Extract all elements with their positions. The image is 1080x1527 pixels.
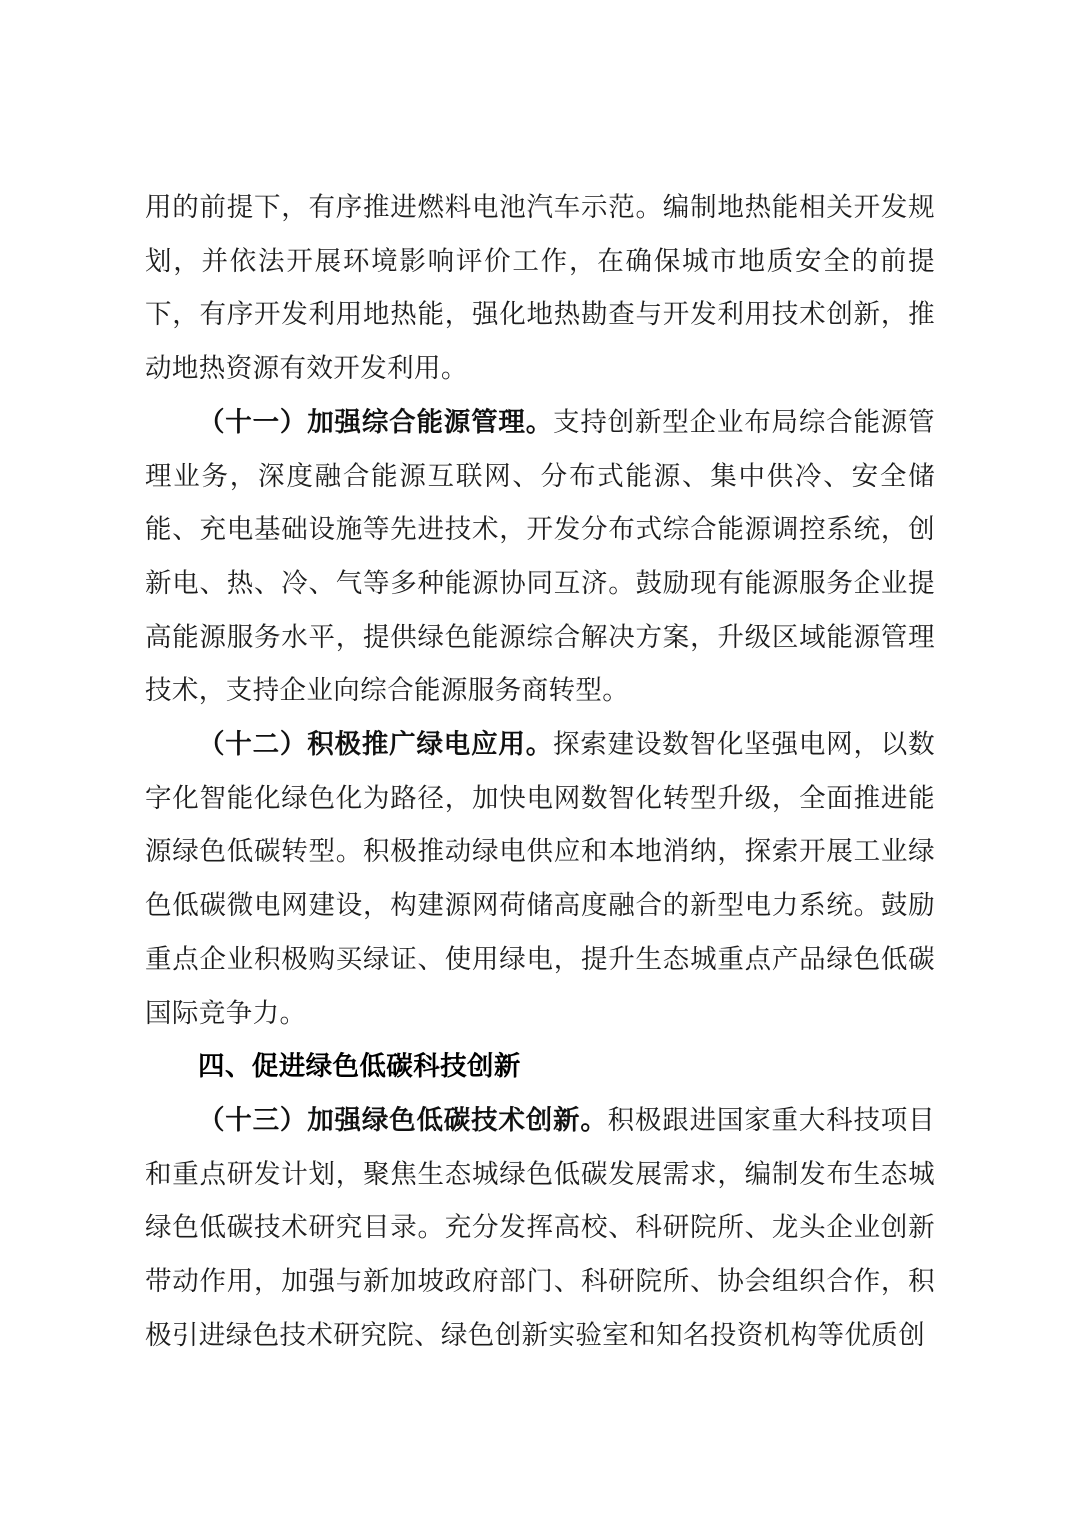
section-heading-4: 四、促进绿色低碳科技创新 — [145, 1040, 935, 1094]
paragraph-lead-bold: （十三）加强绿色低碳技术创新。 — [198, 1105, 608, 1135]
paragraph-text: 用的前提下，有序推进燃料电池汽车示范。编制地热能相关开发规划，并依法开展环境影响… — [145, 192, 935, 383]
paragraph-lead-bold: （十一）加强综合能源管理。 — [198, 407, 553, 437]
paragraph-lead-bold: （十二）积极推广绿电应用。 — [198, 729, 553, 759]
section-heading-text: 四、促进绿色低碳科技创新 — [198, 1051, 521, 1081]
document-text-block: 用的前提下，有序推进燃料电池汽车示范。编制地热能相关开发规划，并依法开展环境影响… — [145, 181, 935, 1362]
document-page: 用的前提下，有序推进燃料电池汽车示范。编制地热能相关开发规划，并依法开展环境影响… — [0, 0, 1080, 1527]
body-paragraph-13: （十三）加强绿色低碳技术创新。积极跟进国家重大科技项目和重点研发计划，聚焦生态城… — [145, 1094, 935, 1363]
paragraph-text: 积极跟进国家重大科技项目和重点研发计划，聚焦生态城绿色低碳发展需求，编制发布生态… — [145, 1105, 935, 1350]
body-paragraph-12: （十二）积极推广绿电应用。探索建设数智化坚强电网，以数字化智能化绿色化为路径，加… — [145, 718, 935, 1040]
paragraph-text: 探索建设数智化坚强电网，以数字化智能化绿色化为路径，加快电网数智化转型升级，全面… — [145, 729, 935, 1028]
paragraph-text: 支持创新型企业布局综合能源管理业务，深度融合能源互联网、分布式能源、集中供冷、安… — [145, 407, 935, 706]
body-paragraph-continued: 用的前提下，有序推进燃料电池汽车示范。编制地热能相关开发规划，并依法开展环境影响… — [145, 181, 935, 396]
body-paragraph-11: （十一）加强综合能源管理。支持创新型企业布局综合能源管理业务，深度融合能源互联网… — [145, 396, 935, 718]
